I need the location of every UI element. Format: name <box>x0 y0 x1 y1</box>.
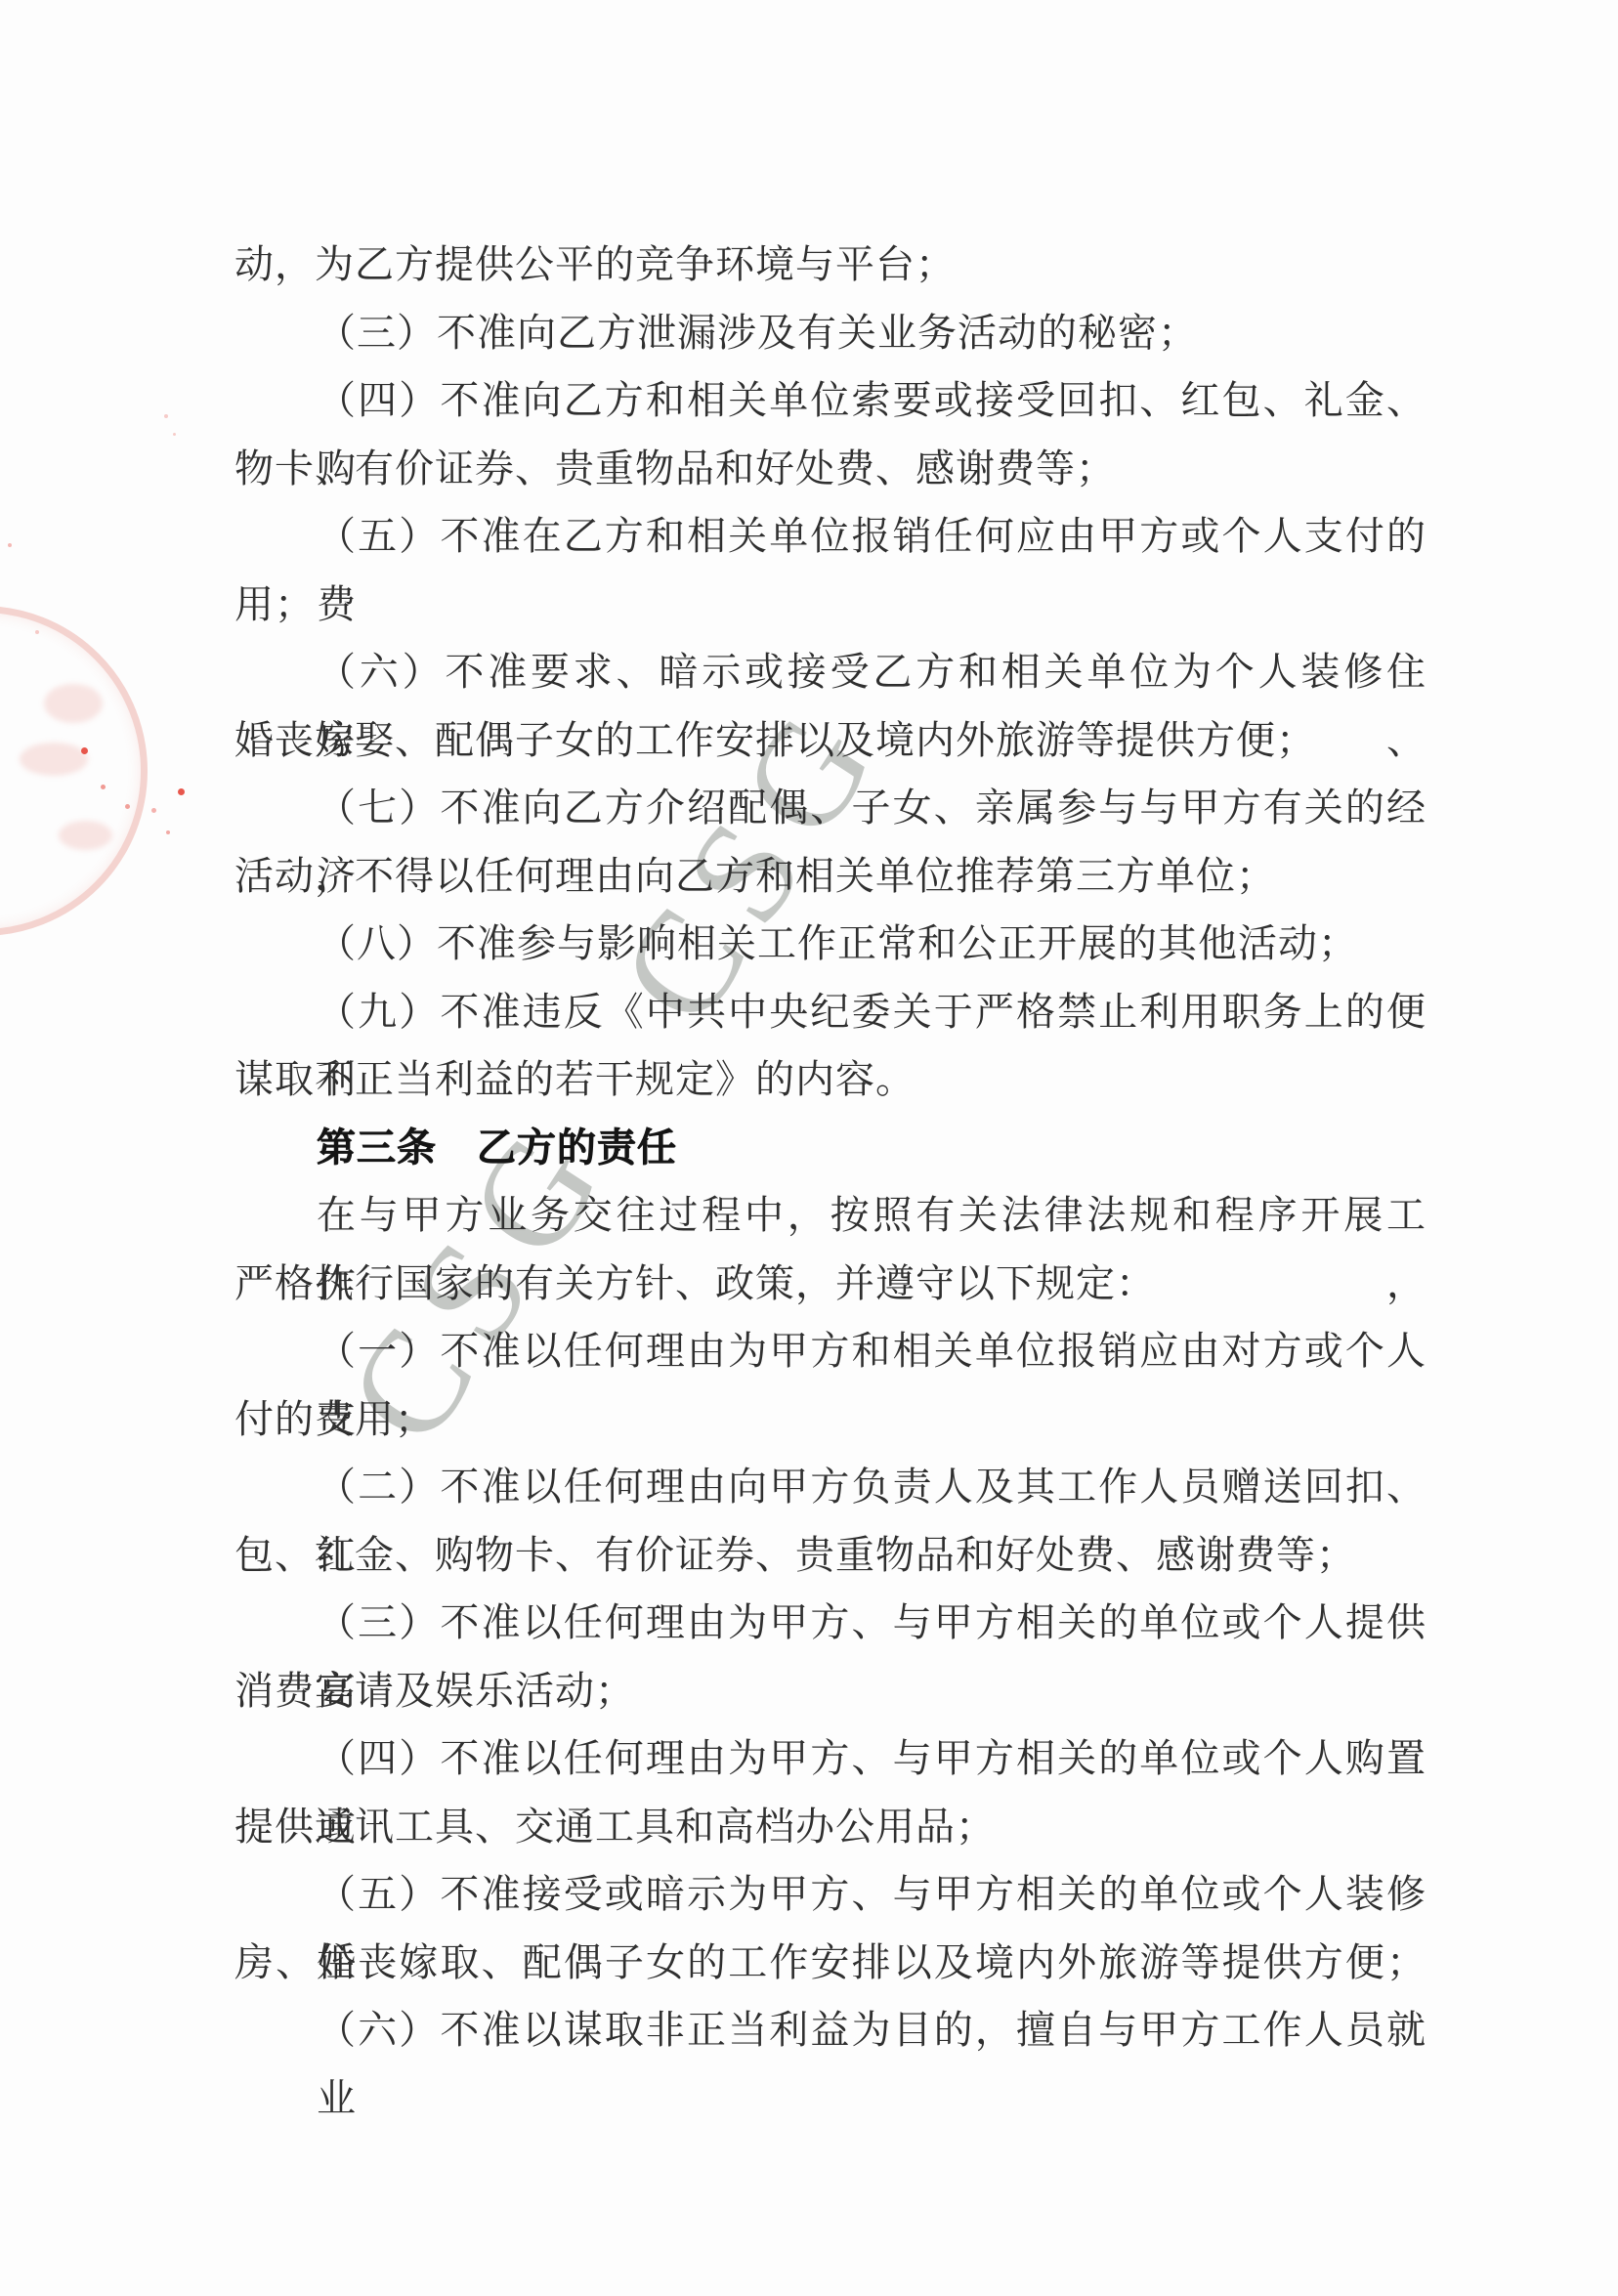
text-line: 提供通讯工具、交通工具和高档办公用品； <box>234 1793 1426 1861</box>
text-line: 用； <box>234 571 1426 639</box>
seal-ink-blob <box>44 684 103 723</box>
ink-speck <box>151 808 156 813</box>
text-line: 在与甲方业务交往过程中，按照有关法律法规和程序开展工作， <box>234 1181 1426 1250</box>
ink-speck <box>125 804 130 809</box>
ink-speck <box>35 630 39 634</box>
text-line: （三）不准以任何理由为甲方、与甲方相关的单位或个人提供高 <box>234 1589 1426 1657</box>
document-page: CSG CSG 动，为乙方提供公平的竞争环境与平台；（三）不准向乙方泄漏涉及有关… <box>0 0 1618 2296</box>
text-line: （一）不准以任何理由为甲方和相关单位报销应由对方或个人支 <box>234 1317 1426 1385</box>
text-line: 物卡、有价证券、贵重物品和好处费、感谢费等； <box>234 435 1426 503</box>
ink-speck <box>166 830 170 834</box>
text-line: （八）不准参与影响相关工作正常和公正开展的其他活动； <box>234 910 1426 978</box>
text-line: （三）不准向乙方泄漏涉及有关业务活动的秘密； <box>234 299 1426 367</box>
text-line: （六）不准以谋取非正当利益为目的，擅自与甲方工作人员就业 <box>234 1996 1426 2064</box>
text-line: 谋取不正当利益的若干规定》的内容。 <box>234 1045 1426 1114</box>
seal-ink-blob <box>20 743 88 776</box>
text-line: （九）不准违反《中共中央纪委关于严格禁止利用职务上的便利 <box>234 978 1426 1046</box>
section-heading: 第三条 乙方的责任 <box>234 1114 1426 1182</box>
text-line: （七）不准向乙方介绍配偶、子女、亲属参与与甲方有关的经济 <box>234 774 1426 842</box>
text-line: 活动，不得以任何理由向乙方和相关单位推荐第三方单位； <box>234 842 1426 911</box>
text-line: （四）不准以任何理由为甲方、与甲方相关的单位或个人购置或 <box>234 1724 1426 1793</box>
text-line: （四）不准向乙方和相关单位索要或接受回扣、红包、礼金、购 <box>234 366 1426 435</box>
text-line: （六）不准要求、暗示或接受乙方和相关单位为个人装修住房、 <box>234 638 1426 706</box>
text-line: 动，为乙方提供公平的竞争环境与平台； <box>234 231 1426 299</box>
text-line: 婚丧嫁娶、配偶子女的工作安排以及境内外旅游等提供方便； <box>234 706 1426 775</box>
text-line: （二）不准以任何理由向甲方负责人及其工作人员赠送回扣、红 <box>234 1453 1426 1521</box>
text-line: 包、礼金、购物卡、有价证券、贵重物品和好处费、感谢费等； <box>234 1521 1426 1590</box>
seal-ink-blob <box>59 821 112 850</box>
ink-speck <box>8 543 12 547</box>
text-line: 消费宴请及娱乐活动； <box>234 1657 1426 1725</box>
text-line: 房、婚丧嫁取、配偶子女的工作安排以及境内外旅游等提供方便； <box>234 1929 1426 1997</box>
ink-speck <box>178 788 185 795</box>
ink-speck <box>101 785 106 789</box>
ink-speck <box>81 747 88 754</box>
text-line: （五）不准在乙方和相关单位报销任何应由甲方或个人支付的费 <box>234 502 1426 571</box>
text-line: 付的费用； <box>234 1385 1426 1454</box>
text-line: （五）不准接受或暗示为甲方、与甲方相关的单位或个人装修住 <box>234 1860 1426 1929</box>
contract-text: 动，为乙方提供公平的竞争环境与平台；（三）不准向乙方泄漏涉及有关业务活动的秘密；… <box>234 231 1426 2064</box>
ink-speck <box>173 433 176 436</box>
ink-speck <box>164 414 168 418</box>
